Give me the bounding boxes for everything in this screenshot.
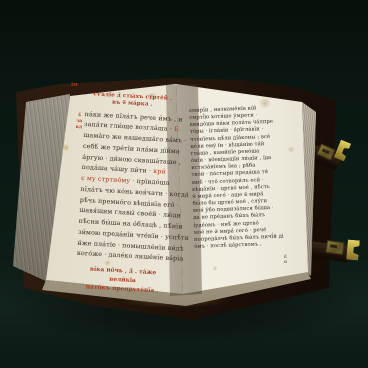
- margin-number: за: [76, 119, 83, 125]
- right-page-text-block: єми́рїи , назнаме́нїа кїи́ смртї́ю хотя́…: [189, 104, 298, 251]
- rubric-footer: ві́ка но́чь , д̄ . та́же вели́кіа пато́к…: [75, 264, 170, 296]
- text-segment: прїидо́ша: [134, 178, 169, 187]
- margin-number: кд: [76, 124, 83, 130]
- foxing-stain: [212, 266, 218, 271]
- folio-number-row: и: [284, 261, 287, 266]
- buckle-slot: [330, 244, 337, 248]
- text-segment: пода́ша ча́шу пи́ти ·: [82, 164, 152, 175]
- left-page-text-block: єѵа́лїе д̄ сты́хъ стрте́й . въ ѿ ма́рка …: [75, 91, 180, 296]
- left-margin-reading-numbers: ѕ̄ за кд: [76, 113, 83, 131]
- folio-number-mark: п̄ и: [284, 256, 287, 265]
- rubric-inline: кри́: [151, 168, 166, 176]
- foxing-stain: [62, 144, 70, 151]
- rubric-inline: є му стртно́му ·: [81, 175, 135, 185]
- rubric-initial: Б: [172, 126, 179, 133]
- lower-clasp-buckle: [325, 240, 345, 255]
- photo-open-manuscript: і̄м ѕ̄ за кд єѵа́лїе д̄ сты́хъ стрте́й .…: [0, 0, 368, 368]
- left-margin-rubric-mark: і̄м: [71, 82, 78, 88]
- left-page-body: па́ки же пїла́тъ рече и́мъ , и запа́ти г…: [77, 110, 179, 266]
- buckle-slot: [322, 149, 330, 155]
